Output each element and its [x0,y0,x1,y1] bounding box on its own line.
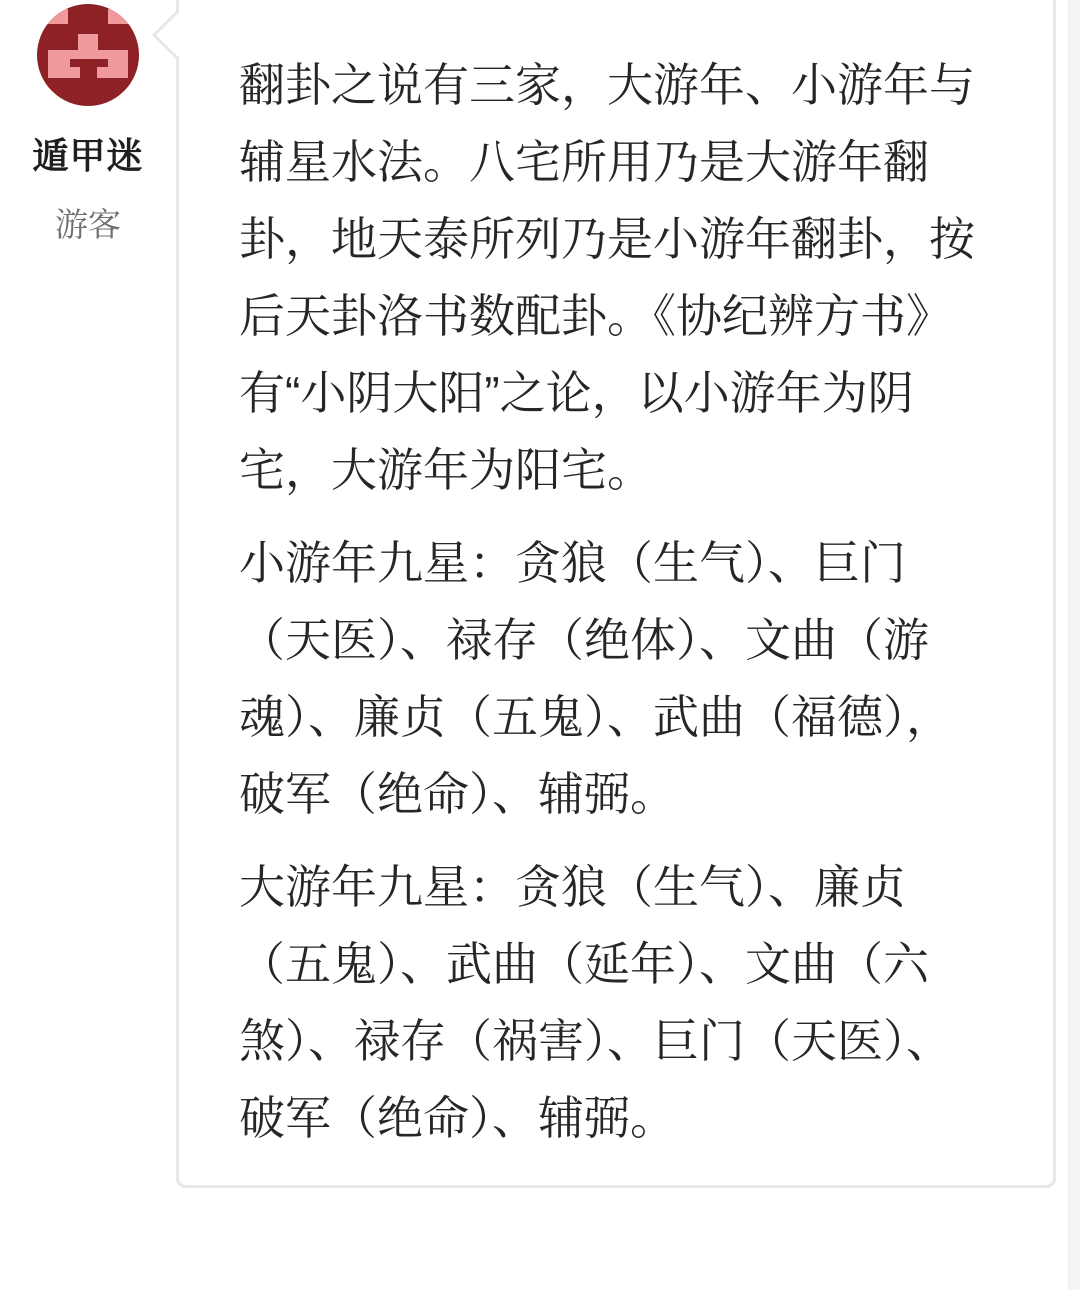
user-avatar[interactable] [37,4,139,106]
author-column: 遁甲迷 游客 [0,0,176,246]
avatar-pixel-art-icon [70,59,109,67]
message-paragraph: 小游年九星：贪狼（生气）、巨门（天医）、禄存（绝体）、文曲（游魂）、廉贞（五鬼）… [239,525,991,833]
user-role-badge: 游客 [0,199,176,246]
avatar-pixel-art-icon [78,34,98,51]
right-gutter [1068,0,1080,1290]
avatar-pixel-art-icon [47,9,67,24]
message-paragraph: 翻卦之说有三家，大游年、小游年与辅星水法。八宅所用乃是大游年翻卦，地天泰所列乃是… [239,47,991,509]
message-paragraph: 大游年九星：贪狼（生气）、廉贞（五鬼）、武曲（延年）、文曲（六煞）、禄存（祸害）… [239,849,991,1157]
avatar-pixel-art-icon [80,67,97,78]
username: 遁甲迷 [0,128,176,179]
message-bubble: 翻卦之说有三家，大游年、小游年与辅星水法。八宅所用乃是大游年翻卦，地天泰所列乃是… [176,0,1056,1188]
avatar-pixel-art-icon [108,9,128,24]
message-body: 翻卦之说有三家，大游年、小游年与辅星水法。八宅所用乃是大游年翻卦，地天泰所列乃是… [239,47,991,1157]
